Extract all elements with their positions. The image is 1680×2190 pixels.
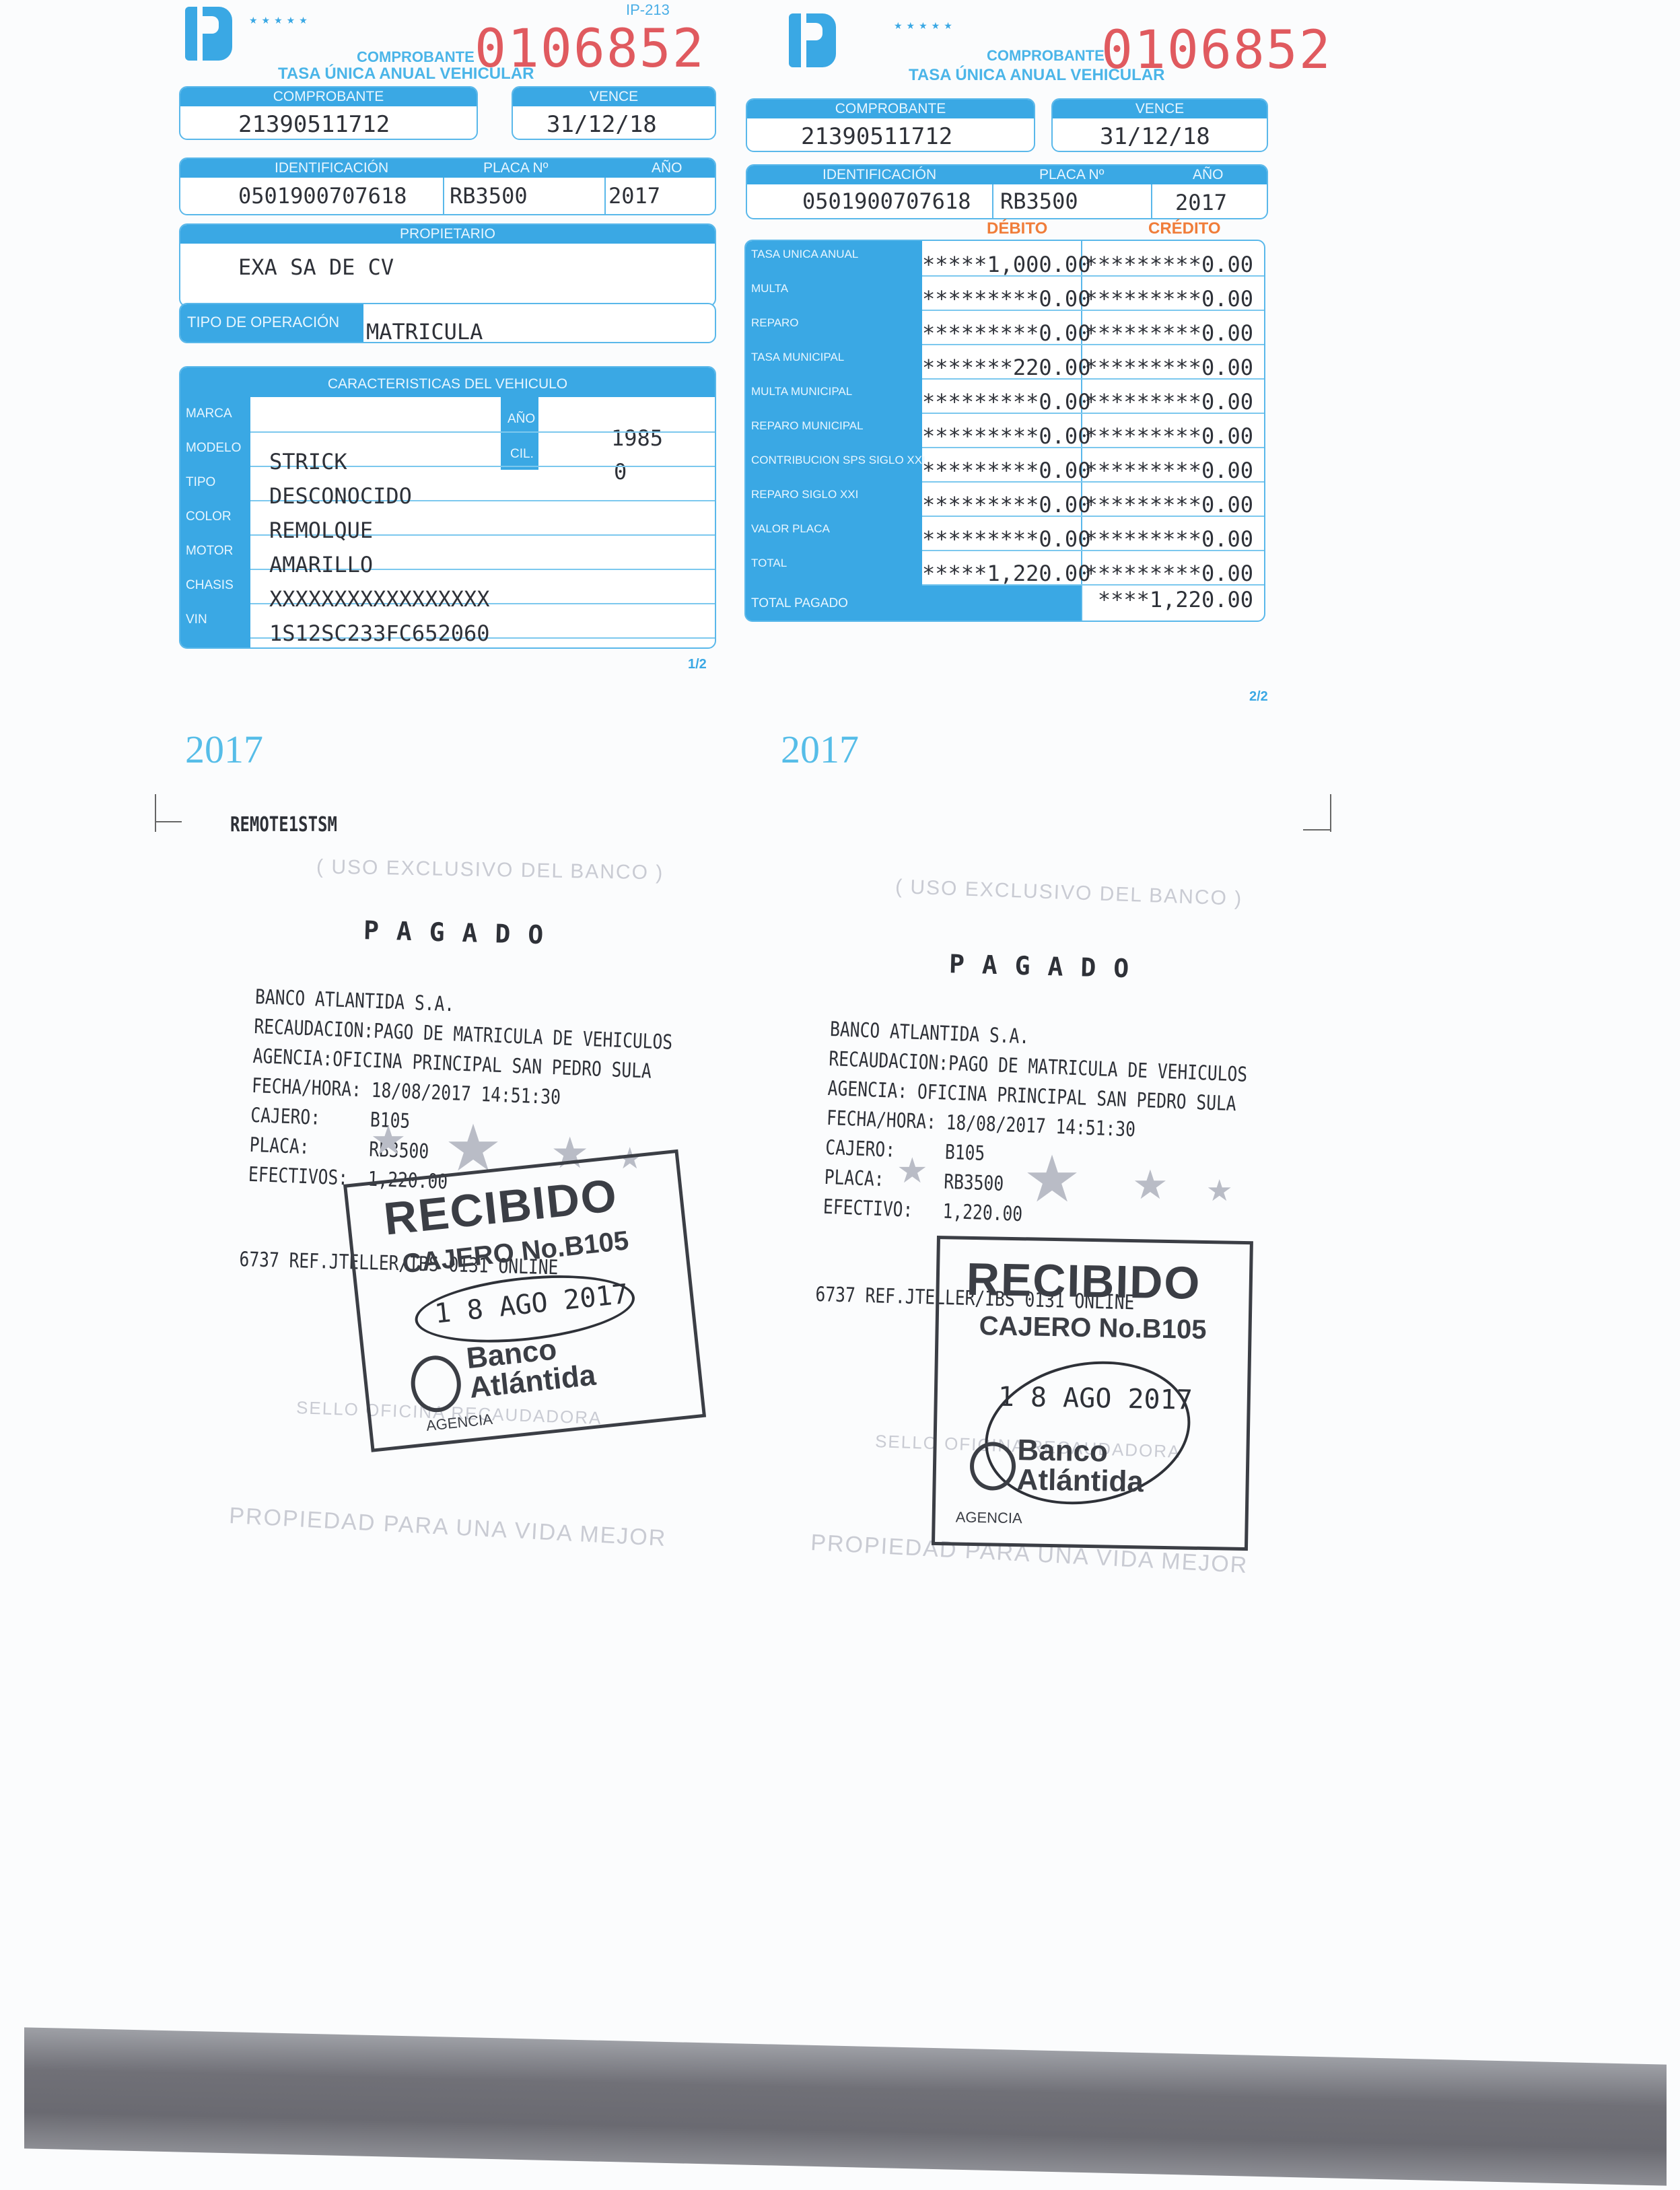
char-value: DESCONOCIDO	[269, 483, 412, 509]
comprobante-label: COMPROBANTE	[747, 100, 1034, 118]
charge-label: REPARO MUNICIPAL	[751, 419, 864, 433]
identificacion-label: IDENTIFICACIÓN	[823, 166, 936, 184]
stars-icon: ★★★★★	[894, 20, 956, 32]
anio-value: 2017	[1175, 190, 1227, 215]
caracteristicas-label: CARACTERISTICAS DEL VEHICULO	[180, 367, 715, 397]
charge-label: VALOR PLACA	[751, 522, 830, 536]
vence-label: VENCE	[1053, 100, 1267, 118]
charge-credito: *********0.00	[1082, 252, 1253, 277]
star-icon: ★	[1206, 1174, 1232, 1208]
charge-label: CONTRIBUCION SPS SIGLO XXI	[751, 454, 925, 467]
crop-mark	[1303, 829, 1330, 831]
vence-value: 31/12/18	[1053, 118, 1267, 152]
year-mark: 2017	[781, 727, 859, 772]
charge-debito: *********0.00	[922, 320, 1078, 346]
page-indicator: 2/2	[1249, 689, 1268, 705]
received-stamp: RECIBIDO CAJERO No.B105 1 8 AGO 2017 Ban…	[343, 1150, 706, 1452]
char-value: AMARILLO	[269, 552, 373, 577]
comprobante-value: 21390511712	[180, 106, 477, 140]
char-value: XXXXXXXXXXXXXXXXX	[269, 586, 490, 612]
char-label: VIN	[186, 612, 207, 627]
ano-value: 1985	[611, 425, 663, 451]
comprobante-box: COMPROBANTE 21390511712	[179, 86, 478, 140]
comprobante-box: COMPROBANTE 21390511712	[746, 98, 1035, 152]
charge-credito: *********0.00	[1082, 389, 1253, 415]
stamp-bank-line2: Atlántida	[1016, 1465, 1144, 1497]
vence-box: VENCE 31/12/18	[512, 86, 716, 140]
total-pagado-value: ****1,220.00	[1082, 587, 1253, 612]
placa-value: RB3500	[450, 183, 528, 209]
comprobante-label: COMPROBANTE	[180, 87, 477, 106]
charge-credito: *********0.00	[1082, 286, 1253, 312]
charge-credito: *********0.00	[1082, 561, 1253, 586]
charge-credito: *********0.00	[1082, 458, 1253, 483]
charge-label: MULTA MUNICIPAL	[751, 385, 852, 398]
form-title: TASA ÚNICA ANUAL VEHICULAR	[909, 66, 1164, 85]
charges-table: TASA UNICA ANUAL*****1,000.00*********0.…	[744, 240, 1265, 622]
debito-label: DÉBITO	[987, 219, 1047, 238]
serial-label: COMPROBANTE	[987, 47, 1105, 65]
anio-label: AÑO	[652, 159, 682, 178]
crop-mark	[1330, 794, 1331, 832]
stamp-agencia: AGENCIA	[425, 1411, 493, 1435]
crop-mark	[155, 794, 156, 832]
stamp-bank-line1: Banco	[1017, 1436, 1144, 1467]
footer-slogan: PROPIEDAD PARA UNA VIDA MEJOR	[228, 1503, 667, 1552]
ip-logo-icon	[185, 7, 232, 61]
serial-label: COMPROBANTE	[357, 48, 475, 66]
status-pagado: PAGADO	[363, 915, 561, 950]
star-icon: ★	[1023, 1141, 1081, 1217]
charge-label: TASA UNICA ANUAL	[751, 248, 858, 261]
status-pagado: PAGADO	[948, 949, 1146, 984]
bank-use-label: ( USO EXCLUSIVO DEL BANCO )	[895, 876, 1243, 911]
anio-label: AÑO	[1193, 166, 1224, 184]
credito-label: CRÉDITO	[1148, 219, 1221, 238]
star-icon: ★	[1132, 1162, 1168, 1209]
anio-value: 2017	[608, 183, 660, 209]
identificacion-box: IDENTIFICACIÓN PLACA Nº AÑO 050190070761…	[179, 157, 716, 215]
form-code: IP-213	[626, 1, 670, 19]
identificacion-value: 0501900707618	[802, 188, 971, 214]
char-value: REMOLQUE	[269, 518, 373, 543]
identificacion-label: IDENTIFICACIÓN	[275, 159, 388, 178]
cil-value: 0	[614, 459, 627, 485]
charge-debito: *********0.00	[922, 423, 1078, 449]
charge-debito: *********0.00	[922, 526, 1078, 552]
placa-label: PLACA Nº	[483, 159, 548, 178]
total-pagado-label: TOTAL PAGADO	[751, 596, 848, 611]
year-mark: 2017	[185, 727, 263, 772]
stamp-cajero: CAJERO No.B105	[979, 1311, 1207, 1345]
page-indicator: 1/2	[688, 657, 707, 672]
charge-credito: *********0.00	[1082, 423, 1253, 449]
charge-debito: *********0.00	[922, 458, 1078, 483]
vence-value: 31/12/18	[513, 106, 715, 140]
char-label: CHASIS	[186, 578, 234, 593]
form-title: TASA ÚNICA ANUAL VEHICULAR	[278, 65, 534, 83]
vence-box: VENCE 31/12/18	[1051, 98, 1268, 152]
charge-debito: *****1,220.00	[922, 561, 1078, 586]
charge-debito: *********0.00	[922, 286, 1078, 312]
char-label: MARCA	[186, 407, 232, 421]
char-label: TIPO	[186, 475, 215, 490]
propietario-value: EXA SA DE CV	[238, 254, 394, 280]
charge-credito: *********0.00	[1082, 320, 1253, 346]
bank-use-label: ( USO EXCLUSIVO DEL BANCO )	[316, 855, 664, 884]
char-label: MODELO	[186, 441, 241, 456]
caracteristicas-box: CARACTERISTICAS DEL VEHICULO AÑO CIL. 19…	[179, 366, 716, 649]
tipo-operacion-box: TIPO DE OPERACIÓN MATRICULA	[179, 303, 716, 343]
charge-credito: *********0.00	[1082, 492, 1253, 518]
stars-icon: ★★★★★	[249, 15, 312, 26]
stamp-title: RECIBIDO	[966, 1253, 1201, 1310]
charge-debito: *****1,000.00	[922, 252, 1078, 277]
ip-logo-icon	[789, 13, 836, 67]
comprobante-value: 21390511712	[747, 118, 1034, 152]
star-icon: ★	[897, 1151, 928, 1191]
charge-credito: *********0.00	[1082, 355, 1253, 380]
charge-label: REPARO	[751, 316, 799, 330]
tipo-operacion-label: TIPO DE OPERACIÓN	[187, 314, 339, 331]
charge-debito: *********0.00	[922, 492, 1078, 518]
placa-label: PLACA Nº	[1039, 166, 1104, 184]
terminal-id: REMOTE1STSM	[230, 813, 337, 837]
char-value: STRICK	[269, 449, 347, 474]
charge-label: TASA MUNICIPAL	[751, 351, 844, 364]
vence-label: VENCE	[513, 87, 715, 106]
charge-label: REPARO SIGLO XXI	[751, 488, 858, 501]
cil-label: CIL.	[510, 447, 534, 462]
received-stamp: RECIBIDO CAJERO No.B105 1 8 AGO 2017 Ban…	[932, 1236, 1253, 1551]
identificacion-box: IDENTIFICACIÓN PLACA Nº AÑO 050190070761…	[746, 164, 1268, 219]
bank-logo-icon	[409, 1353, 464, 1415]
placa-value: RB3500	[1000, 188, 1078, 214]
stamp-agencia: AGENCIA	[955, 1509, 1022, 1528]
crop-mark	[155, 821, 182, 822]
propietario-box: PROPIETARIO EXA SA DE CV	[179, 223, 716, 307]
scanner-shadow	[24, 2027, 1667, 2185]
star-icon: ★	[370, 1117, 407, 1164]
charge-credito: *********0.00	[1082, 526, 1253, 552]
charge-label: TOTAL	[751, 557, 787, 570]
char-label: MOTOR	[186, 544, 233, 559]
char-label: COLOR	[186, 509, 232, 524]
tipo-operacion-value: MATRICULA	[366, 319, 483, 343]
identificacion-value: 0501900707618	[238, 183, 407, 209]
charge-debito: *********0.00	[922, 389, 1078, 415]
ano-label: AÑO	[508, 412, 535, 427]
charge-label: MULTA	[751, 282, 788, 295]
propietario-label: PROPIETARIO	[180, 225, 715, 244]
char-value: 1S12SC233FC652060	[269, 621, 490, 646]
charge-debito: *******220.00	[922, 355, 1078, 380]
